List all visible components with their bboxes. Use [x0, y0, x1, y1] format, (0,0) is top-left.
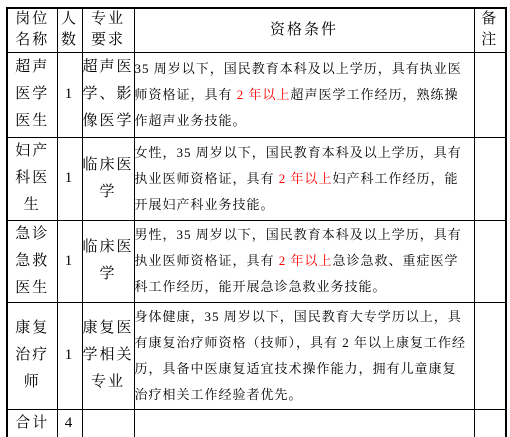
major-cell: 临床医 学: [82, 137, 134, 220]
major-cell: 临床医 学: [82, 220, 134, 302]
position-cell: 急诊 急救 医生: [7, 220, 57, 302]
position-cell: 妇产 科医 生: [7, 137, 57, 220]
count-cell: 1: [57, 220, 82, 302]
table-row-total: 合计 4: [7, 409, 506, 437]
table-row-ultrasound-doctor: 超声 医学 医生 1 超声医 学、影 像医学 35 周岁以下，国民教育本科及以上…: [7, 52, 506, 137]
qualification-highlight: 2 年以上: [279, 171, 333, 186]
qualification-text: 身体健康，35 周岁以下，国民教育大专学历以上，具 有康复治疗师资格（技师），具…: [135, 309, 467, 402]
note-cell: [474, 52, 506, 137]
qualification-cell: 35 周岁以下，国民教育本科及以上学历，具有执业医 师资格证，具有 2 年以上超…: [134, 52, 474, 137]
qualification-cell: 身体健康，35 周岁以下，国民教育大专学历以上，具 有康复治疗师资格（技师），具…: [134, 302, 474, 409]
count-cell: 1: [57, 302, 82, 409]
header-headcount: 人 数: [57, 8, 82, 52]
note-cell: [474, 302, 506, 409]
qualification-cell: [134, 409, 474, 437]
position-cell: 超声 医学 医生: [7, 52, 57, 137]
major-cell: [82, 409, 134, 437]
qualification-highlight: 2 年以上: [237, 87, 291, 102]
note-cell: [474, 220, 506, 302]
count-cell: 1: [57, 52, 82, 137]
header-position-name: 岗位 名称: [7, 8, 57, 52]
qualification-cell: 男性，35 周岁以下，国民教育本科及以上学历，具有 执业医师资格证，具有 2 年…: [134, 220, 474, 302]
position-cell: 康复 治疗 师: [7, 302, 57, 409]
major-cell: 超声医 学、影 像医学: [82, 52, 134, 137]
header-major-requirement: 专业 要求: [82, 8, 134, 52]
table-row-emergency-doctor: 急诊 急救 医生 1 临床医 学 男性，35 周岁以下，国民教育本科及以上学历，…: [7, 220, 506, 302]
qualification-cell: 女性，35 周岁以下，国民教育本科及以上学历，具有 执业医师资格证，具有 2 年…: [134, 137, 474, 220]
table-row-rehab-therapist: 康复 治疗 师 1 康复医 学相关 专业 身体健康，35 周岁以下，国民教育大专…: [7, 302, 506, 409]
header-remarks: 备 注: [474, 8, 506, 52]
count-cell: 1: [57, 137, 82, 220]
note-cell: [474, 137, 506, 220]
table-header-row: 岗位 名称 人 数 专业 要求 资格条件 备 注: [7, 8, 506, 52]
recruitment-table: 岗位 名称 人 数 专业 要求 资格条件 备 注 超声 医学 医生 1 超声医 …: [6, 7, 507, 437]
qualification-highlight: 2 年以上: [279, 253, 333, 268]
major-cell: 康复医 学相关 专业: [82, 302, 134, 409]
note-cell: [474, 409, 506, 437]
header-qualifications: 资格条件: [134, 8, 474, 52]
total-label-cell: 合计: [7, 409, 57, 437]
total-count-cell: 4: [57, 409, 82, 437]
document-page: 岗位 名称 人 数 专业 要求 资格条件 备 注 超声 医学 医生 1 超声医 …: [0, 0, 510, 437]
table-row-obgyn-doctor: 妇产 科医 生 1 临床医 学 女性，35 周岁以下，国民教育本科及以上学历，具…: [7, 137, 506, 220]
